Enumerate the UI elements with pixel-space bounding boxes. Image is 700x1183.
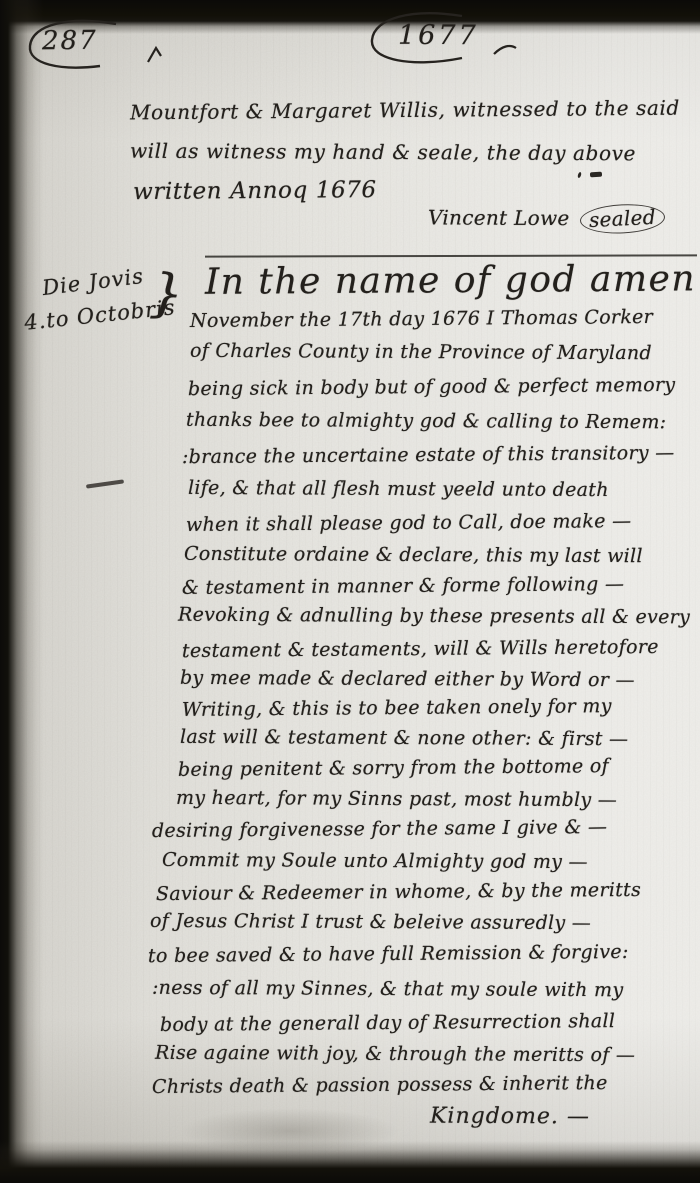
will-line: testament & testaments, will & Wills her… (182, 636, 659, 662)
will-line: by mee made & declared either by Word or… (180, 667, 635, 691)
will-line: November the 17th day 1676 I Thomas Cork… (190, 306, 653, 332)
will-line: Constitute ordaine & declare, this my la… (184, 543, 643, 567)
margin-note-line: Die Jovis (41, 264, 145, 300)
will-line: :brance the uncertaine estate of this tr… (182, 442, 675, 468)
signature-seal: sealed (580, 202, 666, 235)
attestation-line: will as witness my hand & seale, the day… (130, 139, 636, 166)
section-divider-rule (205, 254, 697, 257)
signature-line: Vincent Lowe sealed (428, 203, 665, 233)
will-line: & testament in manner & forme following … (182, 573, 624, 599)
will-line: body at the generall day of Resurrection… (160, 1010, 615, 1036)
will-line: to bee saved & to have full Remission & … (148, 941, 629, 967)
ink-mark (577, 172, 582, 179)
will-line: Saviour & Redeemer in whome, & by the me… (156, 879, 641, 905)
will-line: last will & testament & none other: & fi… (180, 726, 628, 750)
will-closing: Kingdome. — (430, 1104, 590, 1130)
signature-name: Vincent Lowe (428, 205, 570, 230)
scan-edge-bottom (0, 1141, 700, 1183)
page-number: 287 (42, 26, 98, 56)
will-line: Christs death & passion possess & inheri… (152, 1072, 608, 1098)
ink-mark (590, 172, 602, 178)
margin-ink-dash (86, 479, 124, 488)
will-line: when it shall please god to Call, doe ma… (186, 510, 632, 536)
will-line: desiring forgivenesse for the same I giv… (152, 816, 607, 842)
scan-edge-top (0, 0, 700, 34)
attestation-line: written Annoq 1676 (133, 177, 377, 205)
scan-edge-left (0, 0, 44, 1183)
margin-note-brace: } (148, 263, 185, 325)
ink-smudge (180, 1108, 400, 1154)
will-line: :ness of all my Sinnes, & that my soule … (152, 977, 623, 1001)
will-line: being sick in body but of good & perfect… (188, 374, 676, 400)
year-heading: 1677 (398, 20, 479, 51)
manuscript-page: 287 1677 Mountfort & Margaret Willis, wi… (0, 0, 700, 1183)
will-line: Revoking & adnulling by these presents a… (178, 604, 690, 629)
attestation-line: Mountfort & Margaret Willis, witnessed t… (130, 96, 680, 125)
will-line: Rise againe with joy, & through the meri… (155, 1042, 635, 1067)
will-line: of Jesus Christ I trust & beleive assure… (150, 910, 591, 934)
will-line: being penitent & sorry from the bottome … (178, 755, 609, 781)
will-heading: In the name of god amen . (205, 258, 700, 303)
will-line: Commit my Soule unto Almighty god my — (162, 849, 588, 873)
will-line: Writing, & this is to bee taken onely fo… (182, 695, 612, 721)
will-line: thanks bee to almighty god & calling to … (186, 409, 666, 434)
will-line: of Charles County in the Province of Mar… (190, 340, 652, 364)
will-line: life, & that all flesh must yeeld unto d… (188, 477, 609, 501)
will-line: my heart, for my Sinns past, most humbly… (176, 787, 617, 811)
